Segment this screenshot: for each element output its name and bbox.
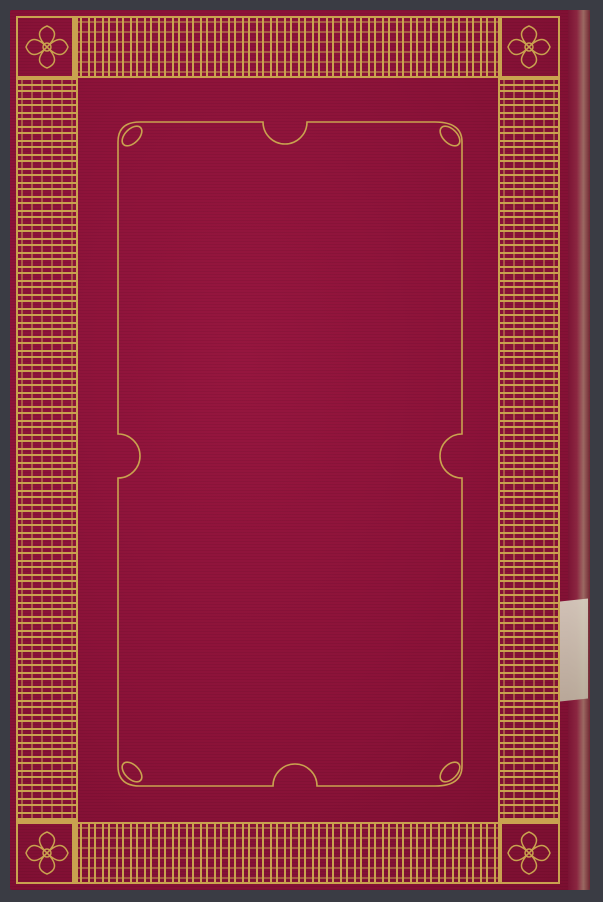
spine-edge bbox=[568, 10, 590, 890]
inner-fillet-frame bbox=[10, 10, 590, 890]
book-cover bbox=[10, 10, 590, 890]
worn-spine-label bbox=[560, 599, 588, 702]
illegible-stamp bbox=[255, 885, 345, 895]
